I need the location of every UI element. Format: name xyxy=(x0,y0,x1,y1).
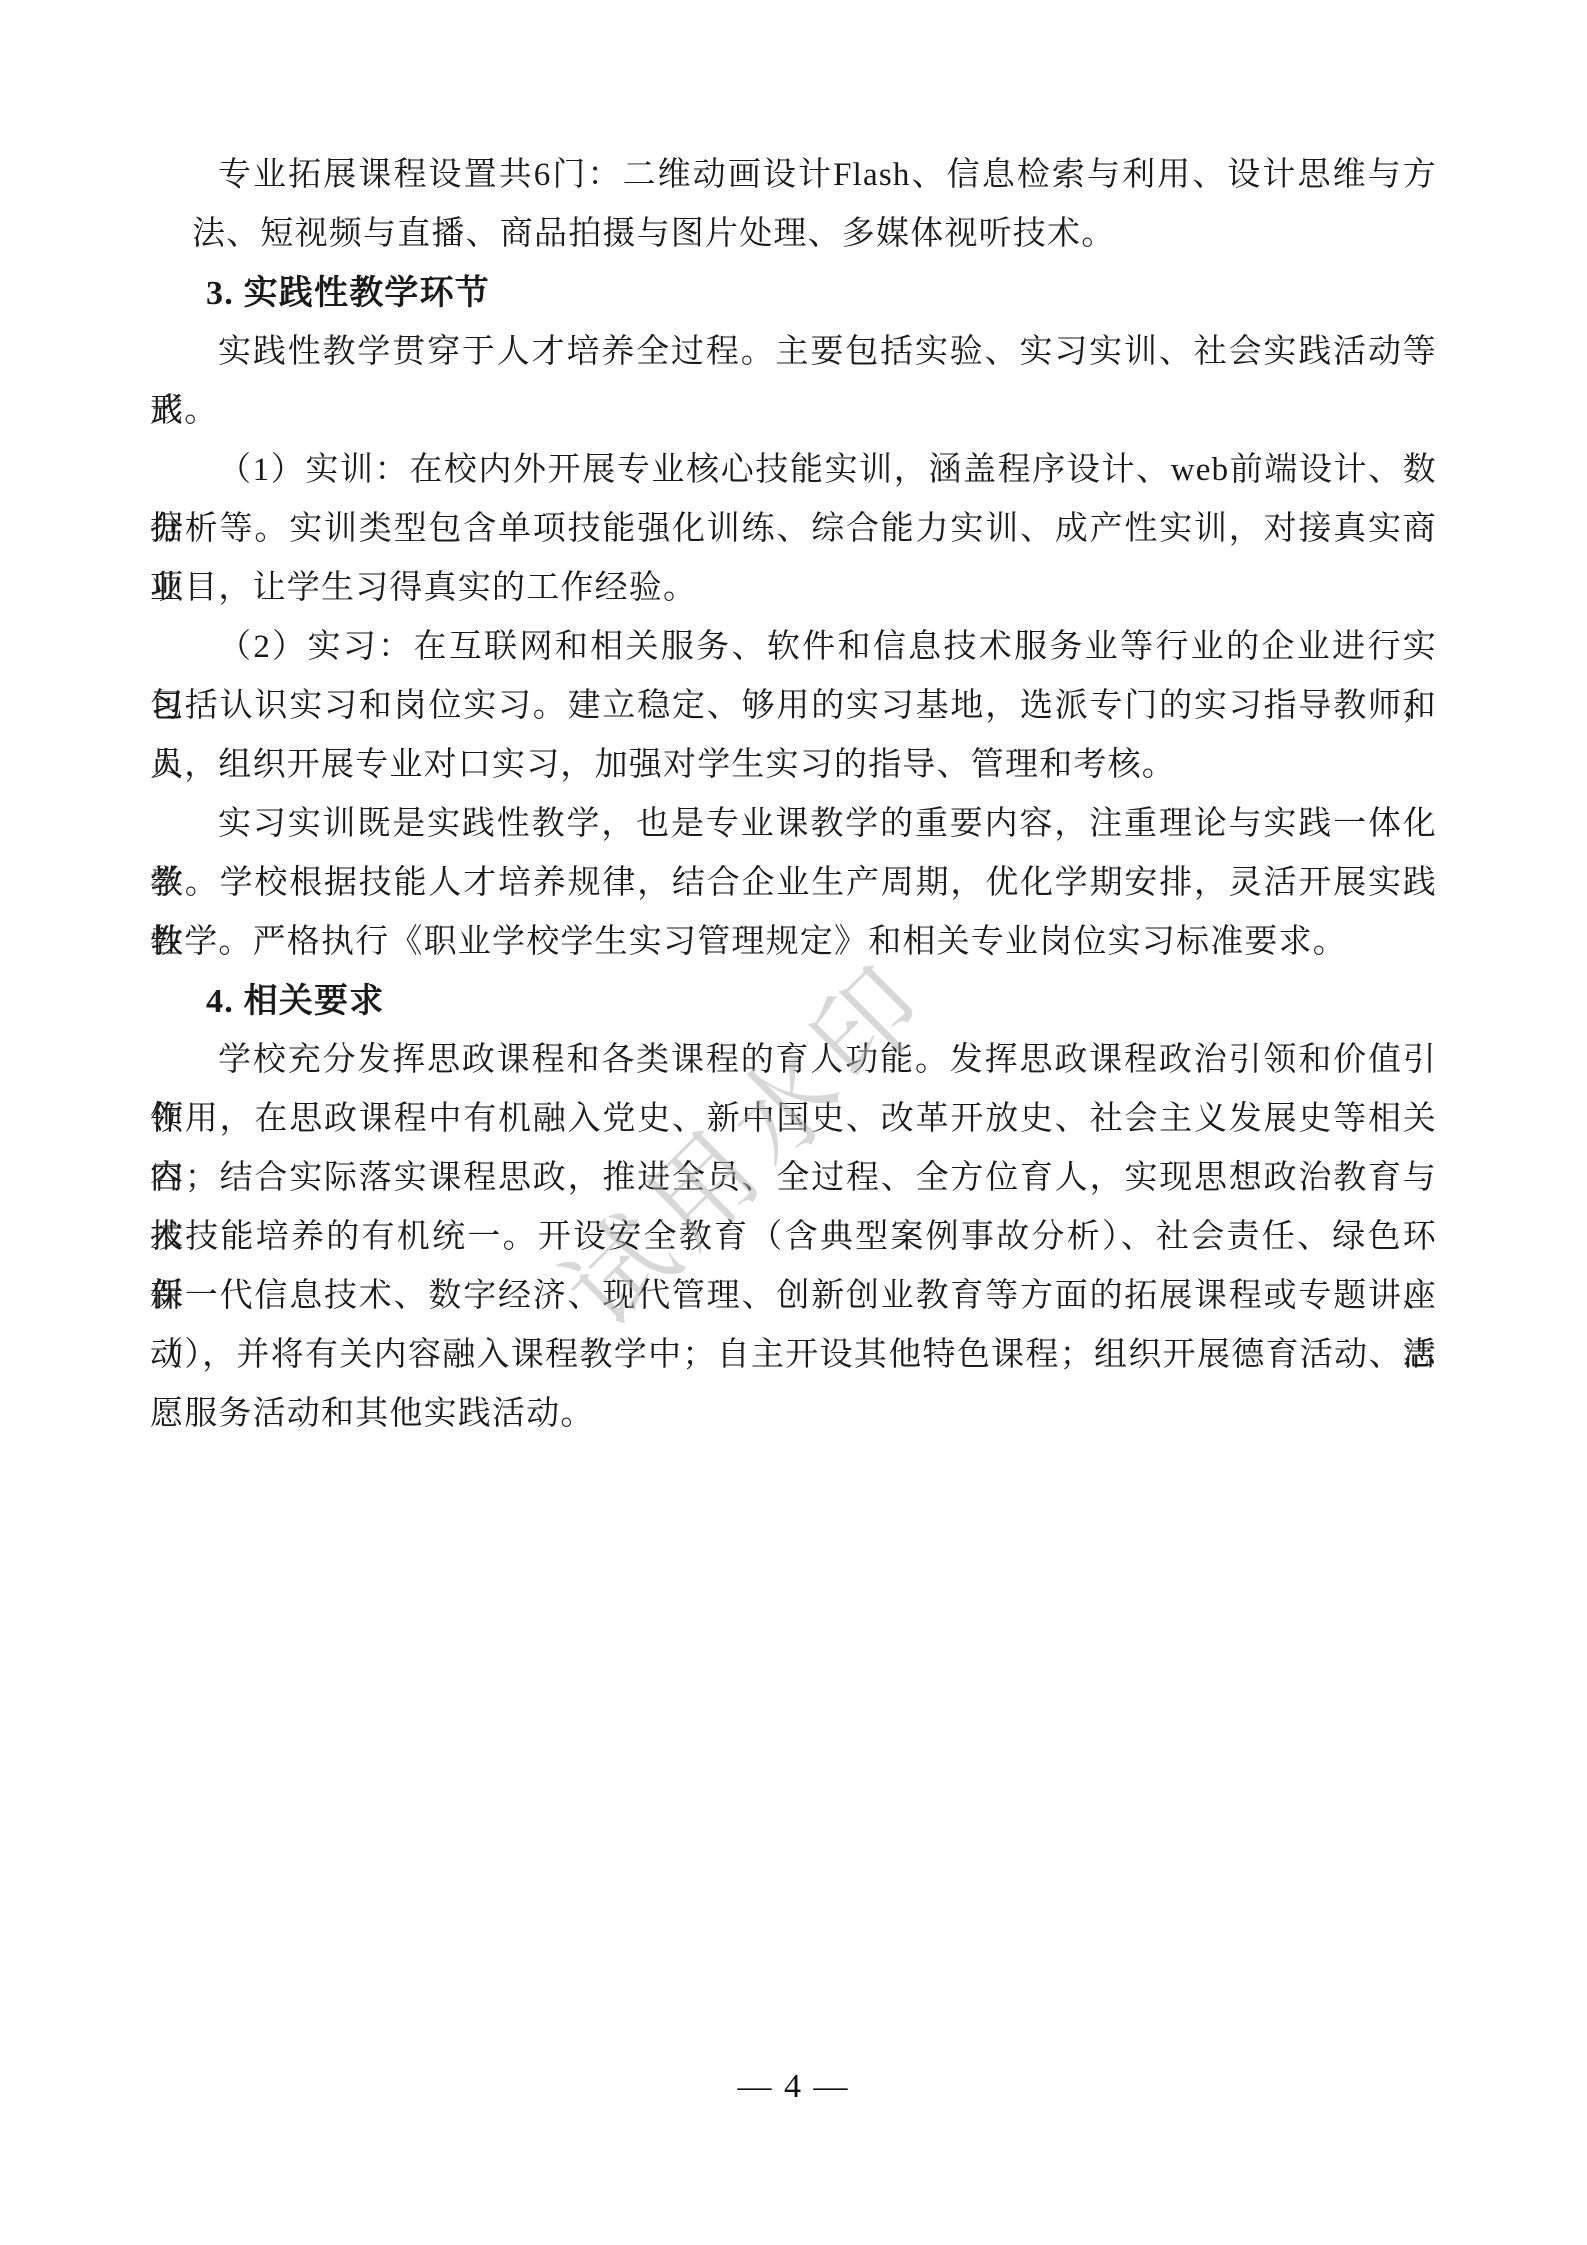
section-heading: 4. 相关要求 xyxy=(150,972,1437,1031)
text-line: 学校充分发挥思政课程和各类课程的育人功能。发挥思政课程政治引领和价值引领 xyxy=(150,1031,1437,1090)
page-number: — 4 — xyxy=(0,2068,1587,2106)
text-line: 分析等。实训类型包含单项技能强化训练、综合能力实训、成产性实训，对接真实商业 xyxy=(150,500,1437,559)
text-line: 术技能培养的有机统一。开设安全教育（含典型案例事故分析）、社会责任、绿色环保、 xyxy=(150,1208,1437,1267)
text-line: 项目，让学生习得真实的工作经验。 xyxy=(150,559,1437,618)
text-line: 作用，在思政课程中有机融入党史、新中国史、改革开放史、社会主义发展史等相关内 xyxy=(150,1090,1437,1149)
document-page: 试用水印 专业拓展课程设置共6门：二维动画设计Flash、信息检索与利用、设计思… xyxy=(0,0,1587,2245)
text-line: 包括认识实习和岗位实习。建立稳定、够用的实习基地，选派专门的实习指导教师和人 xyxy=(150,677,1437,736)
text-line: 新一代信息技术、数字经济、现代管理、创新创业教育等方面的拓展课程或专题讲座（活 xyxy=(150,1267,1437,1326)
text-line: 学。学校根据技能人才培养规律，结合企业生产周期，优化学期安排，灵活开展实践性 xyxy=(150,854,1437,913)
text-line: 愿服务活动和其他实践活动。 xyxy=(150,1385,1437,1444)
text-line: 实习实训既是实践性教学，也是专业课教学的重要内容，注重理论与实践一体化教 xyxy=(150,795,1437,854)
text-line: （2）实习：在互联网和相关服务、软件和信息技术服务业等行业的企业进行实习， xyxy=(150,618,1437,677)
text-line: 实践性教学贯穿于人才培养全过程。主要包括实验、实习实训、社会实践活动等形 xyxy=(150,323,1437,382)
text-line: 动），并将有关内容融入课程教学中；自主开设其他特色课程；组织开展德育活动、志 xyxy=(150,1326,1437,1385)
text-line: （1）实训：在校内外开展专业核心技能实训，涵盖程序设计、web前端设计、数据 xyxy=(150,441,1437,500)
document-body: 专业拓展课程设置共6门：二维动画设计Flash、信息检索与利用、设计思维与方法、… xyxy=(150,146,1437,1444)
text-line: 法、短视频与直播、商品拍摄与图片处理、多媒体视听技术。 xyxy=(150,205,1437,264)
text-line: 教学。严格执行《职业学校学生实习管理规定》和相关专业岗位实习标准要求。 xyxy=(150,913,1437,972)
text-line: 式。 xyxy=(150,382,1437,441)
text-line: 专业拓展课程设置共6门：二维动画设计Flash、信息检索与利用、设计思维与方 xyxy=(150,146,1437,205)
text-line: 容；结合实际落实课程思政，推进全员、全过程、全方位育人，实现思想政治教育与技 xyxy=(150,1149,1437,1208)
text-line: 员，组织开展专业对口实习，加强对学生实习的指导、管理和考核。 xyxy=(150,736,1437,795)
section-heading: 3. 实践性教学环节 xyxy=(150,264,1437,323)
